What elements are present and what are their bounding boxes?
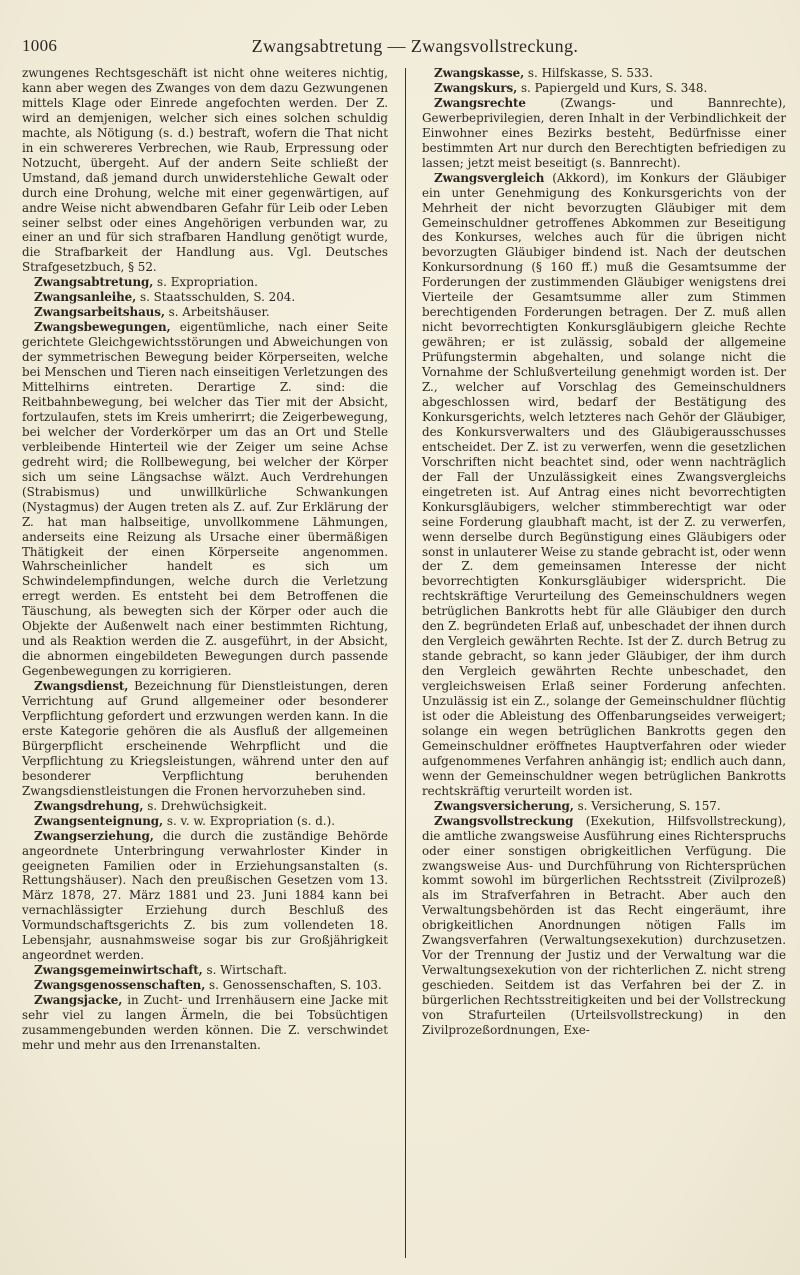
encyclopedia-page: 1006 Zwangsabtretung — Zwangsvollstrecku… — [0, 0, 800, 1275]
lemma: Zwangsdienst, — [34, 679, 128, 693]
lemma: Zwangsvergleich — [434, 171, 544, 185]
entry-continuation: zwungenes Rechtsgeschäft ist nicht ohne … — [22, 66, 388, 275]
lemma: Zwangsgemeinwirtschaft, — [34, 963, 203, 977]
right-column: Zwangskasse, s. Hilfskasse, S. 533. Zwan… — [422, 66, 786, 1038]
lemma: Zwangsbewegungen, — [34, 320, 171, 334]
lemma: Zwangsversicherung, — [434, 799, 574, 813]
entry-zwangserziehung: Zwangserziehung, die durch die zuständig… — [22, 829, 388, 964]
entry-zwangsbewegungen: Zwangsbewegungen, eigentümliche, nach ei… — [22, 320, 388, 679]
lemma: Zwangsvollstreckung — [434, 814, 573, 828]
entry-zwangsarbeitshaus: Zwangsarbeitshaus, s. Arbeitshäuser. — [22, 305, 388, 320]
entry-zwangsrechte: Zwangsrechte (Zwangs- und Bannrechte), G… — [422, 96, 786, 171]
entry-zwangsvergleich: Zwangsvergleich (Akkord), im Konkurs der… — [422, 171, 786, 799]
entry-zwangsdienst: Zwangsdienst, Bezeichnung für Dienstleis… — [22, 679, 388, 799]
entry-zwangsenteignung: Zwangsenteignung, s. v. w. Expropriation… — [22, 814, 388, 829]
entry-zwangsgenossenschaften: Zwangsgenossenschaften, s. Genossenschaf… — [22, 978, 388, 993]
lemma: Zwangsabtretung, — [34, 275, 153, 289]
entry-zwangskasse: Zwangskasse, s. Hilfskasse, S. 533. — [422, 66, 786, 81]
lemma: Zwangsgenossenschaften, — [34, 978, 205, 992]
entry-zwangsvollstreckung: Zwangsvollstreckung (Exekution, Hilfsvol… — [422, 814, 786, 1038]
column-divider — [405, 68, 406, 1258]
entry-zwangsjacke: Zwangsjacke, in Zucht- und Irrenhäusern … — [22, 993, 388, 1053]
lemma: Zwangsenteignung, — [34, 814, 163, 828]
lemma: Zwangskasse, — [434, 66, 524, 80]
entry-zwangsabtretung: Zwangsabtretung, s. Expropriation. — [22, 275, 388, 290]
lemma: Zwangsarbeitshaus, — [34, 305, 165, 319]
entry-zwangsversicherung: Zwangsversicherung, s. Versicherung, S. … — [422, 799, 786, 814]
running-title: Zwangsabtretung — Zwangsvollstreckung. — [22, 36, 778, 57]
lemma: Zwangsrechte — [434, 96, 526, 110]
entry-zwangsdrehung: Zwangsdrehung, s. Drehwüchsigkeit. — [22, 799, 388, 814]
lemma: Zwangsjacke, — [34, 993, 122, 1007]
lemma: Zwangsanleihe, — [34, 290, 136, 304]
page-header: 1006 Zwangsabtretung — Zwangsvollstrecku… — [22, 36, 778, 64]
lemma: Zwangserziehung, — [34, 829, 154, 843]
entry-zwangsgemeinwirtschaft: Zwangsgemeinwirtschaft, s. Wirtschaft. — [22, 963, 388, 978]
lemma: Zwangsdrehung, — [34, 799, 143, 813]
left-column: zwungenes Rechtsgeschäft ist nicht ohne … — [22, 66, 388, 1053]
entry-zwangskurs: Zwangskurs, s. Papiergeld und Kurs, S. 3… — [422, 81, 786, 96]
entry-zwangsanleihe: Zwangsanleihe, s. Staatsschulden, S. 204… — [22, 290, 388, 305]
lemma: Zwangskurs, — [434, 81, 517, 95]
